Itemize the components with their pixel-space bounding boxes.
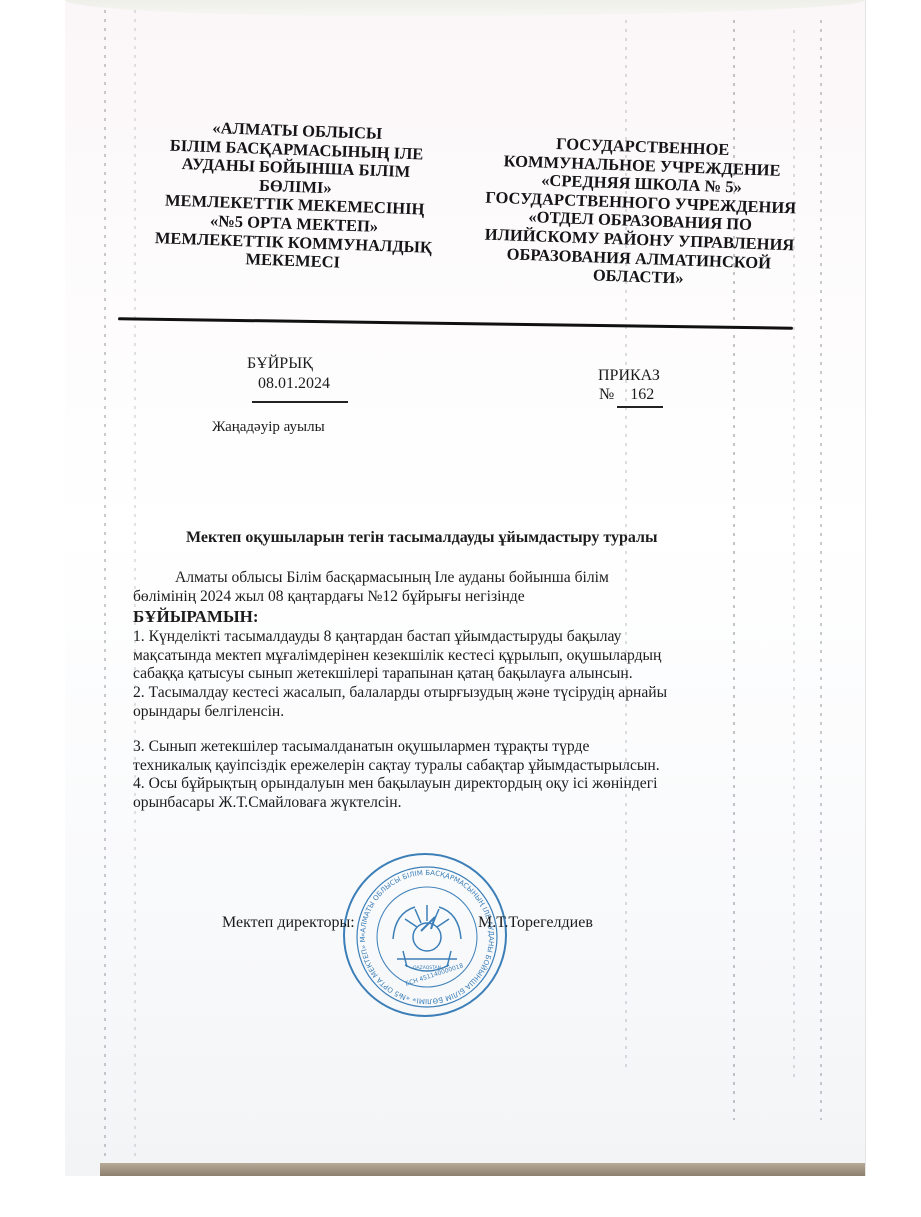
signature-name: М.Т.Торегелдиев	[478, 914, 593, 932]
order-number: № 162	[599, 386, 654, 404]
number-underline	[617, 406, 663, 408]
item-3: 3. Сынып жетекшілер тасымалданатын оқушы…	[133, 738, 660, 775]
order-word: БҰЙЫРАМЫН:	[133, 607, 259, 627]
item-line: 4. Осы бұйрықтың орындалуын мен бақылауы…	[133, 775, 657, 794]
scan-artifact	[820, 20, 822, 1120]
item-line: 1. Күнделікті тасымалдауды 8 қаңтардан б…	[133, 628, 661, 647]
kazakh-organization-header: «АЛМАТЫ ОБЛЫСЫ БІЛІМ БАСҚАРМАСЫНЫҢ ІЛЕ А…	[133, 116, 458, 276]
item-line: орындары белгіленсін.	[133, 703, 667, 722]
item-line: мақсатында мектеп мұғалімдерінен кезекші…	[133, 647, 661, 666]
item-4: 4. Осы бұйрықтың орындалуын мен бақылауы…	[133, 775, 657, 812]
official-stamp: «АЛМАТЫ ОБЛЫСЫ БІЛІМ БАСҚАРМАСЫНЫҢ ІЛЕ А…	[343, 853, 507, 1017]
item-line: техникалық қауіпсіздік ережелерін сақтау…	[133, 757, 660, 776]
order-title: Мектеп оқушыларын тегін тасымалдауды ұйы…	[186, 529, 658, 547]
order-label-russian: ПРИКАЗ	[598, 367, 660, 385]
item-line: 2. Тасымалдау кестесі жасалып, балаларды…	[133, 684, 667, 703]
place: Жаңадәуір ауылы	[212, 419, 325, 436]
preamble-line: бөлімінің 2024 жыл 08 қаңтардағы №12 бұй…	[133, 588, 525, 607]
page-bottom-edge	[100, 1163, 865, 1176]
number-value: 162	[630, 386, 654, 403]
order-label-kazakh: БҰЙРЫҚ	[247, 355, 313, 373]
date-underline	[252, 401, 348, 403]
item-line: сабаққа қатысуы сынып жетекшілері тарапы…	[133, 665, 661, 684]
item-2: 2. Тасымалдау кестесі жасалып, балаларды…	[133, 684, 667, 721]
preamble-line: Алматы облысы Білім басқармасының Іле ау…	[175, 569, 609, 588]
state-emblem-icon: «АЛМАТЫ ОБЛЫСЫ БІЛІМ БАСҚАРМАСЫНЫҢ ІЛЕ А…	[345, 855, 509, 1019]
item-line: 3. Сынып жетекшілер тасымалданатын оқушы…	[133, 738, 660, 757]
item-1: 1. Күнделікті тасымалдауды 8 қаңтардан б…	[133, 628, 661, 684]
scan-artifact	[104, 10, 106, 1160]
item-line: орынбасары Ж.Т.Смайловаға жүктелсін.	[133, 794, 657, 813]
number-sign: №	[599, 386, 614, 403]
russian-organization-header: ГОСУДАРСТВЕННОЕ КОММУНАЛЬНОЕ УЧРЕЖДЕНИЕ …	[466, 132, 816, 293]
order-date: 08.01.2024	[258, 375, 330, 393]
signature-position: Мектеп директоры:	[222, 914, 355, 932]
svg-text:QAZAQSTAN: QAZAQSTAN	[413, 965, 441, 971]
